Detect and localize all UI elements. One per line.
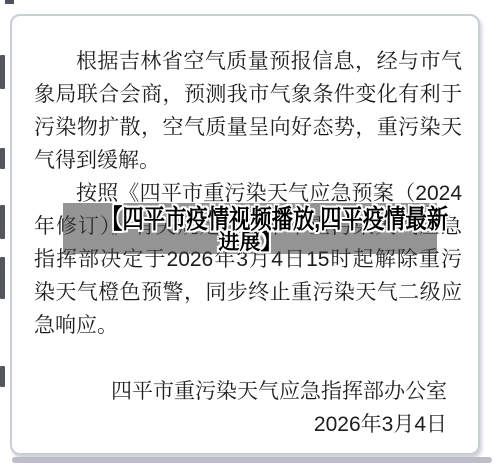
page-edge-mark xyxy=(0,257,5,299)
page-edge-mark xyxy=(0,55,5,89)
watermark-overlay: 【四平市疫情视频播放,四平疫情最新 进展】 xyxy=(63,203,437,254)
notice-body: 根据吉林省空气质量预报信息，经与市气象局联合会商，预测我市气象条件变化有利于污染… xyxy=(34,45,462,342)
page-edge-mark-top xyxy=(5,0,14,4)
watermark-headline-line1: 【四平市疫情视频播放,四平疫情最新 xyxy=(101,205,448,234)
notice-paragraph-2: 按照《四平市重污染天气应急预案（2024年修订）》有关规定，四平市重污染天气应急… xyxy=(34,177,462,342)
page-edge-mark xyxy=(0,205,5,239)
page-edge-mark xyxy=(0,148,5,169)
screenshot-stage: 根据吉林省空气质量预报信息，经与市气象局联合会商，预测我市气象条件变化有利于污染… xyxy=(0,0,500,474)
page-edge-mark xyxy=(0,366,5,387)
notice-paragraph-1: 根据吉林省空气质量预报信息，经与市气象局联合会商，预测我市气象条件变化有利于污染… xyxy=(34,45,462,177)
signature-date: 2026年3月4日 xyxy=(34,408,447,441)
signature-office: 四平市重污染天气应急指挥部办公室 xyxy=(34,375,447,408)
card-bottom-shadow xyxy=(12,457,492,463)
signature-block: 四平市重污染天气应急指挥部办公室 2026年3月4日 xyxy=(34,375,462,441)
watermark-headline-line2: 进展】 xyxy=(219,233,282,253)
